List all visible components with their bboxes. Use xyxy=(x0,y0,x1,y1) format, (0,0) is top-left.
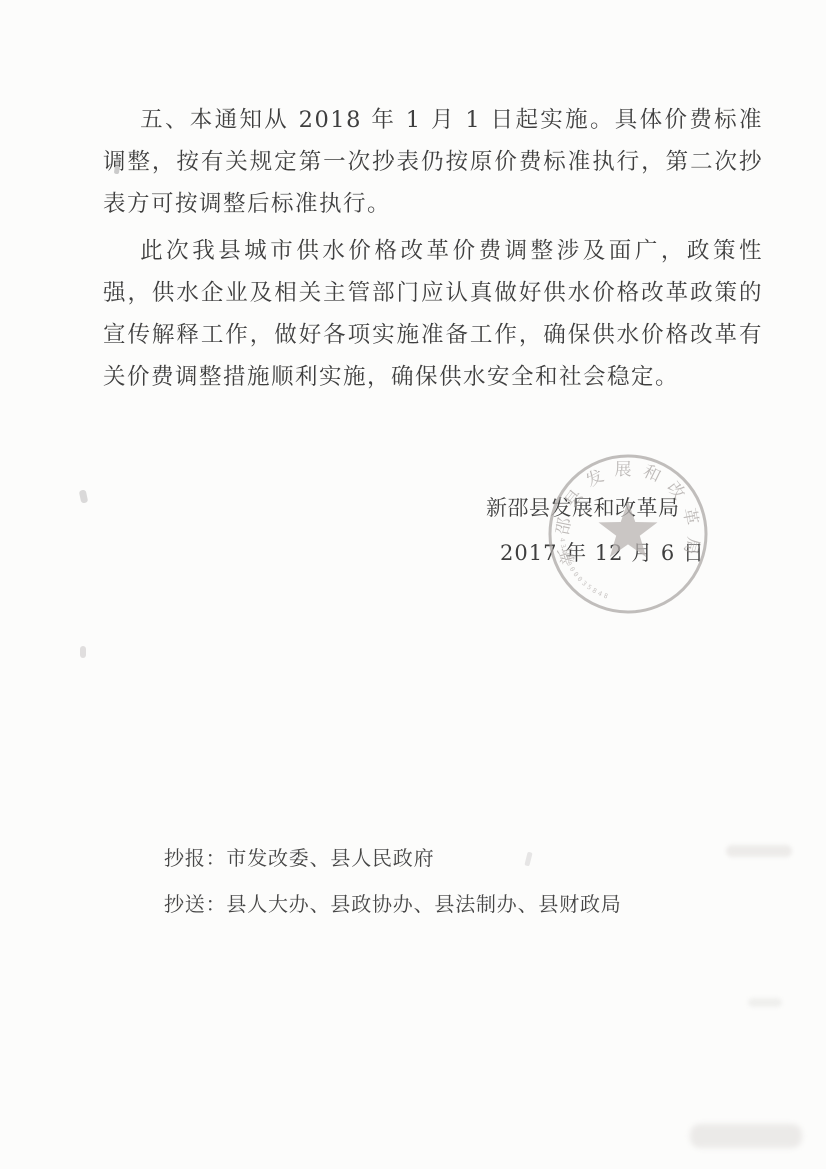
official-seal-stamp: 新邵县发展和改革局 4305000035848 xyxy=(544,450,712,618)
scan-smudge xyxy=(748,998,782,1007)
scan-smudge xyxy=(726,845,792,857)
seal-star-icon xyxy=(599,501,658,557)
seal-code-label: 4305000035848 xyxy=(558,538,611,602)
scanned-document-page: 五、本通知从 2018 年 1 月 1 日起实施。具体价费标准调整，按有关规定第… xyxy=(0,0,826,1169)
cc-report-line: 抄报：市发改委、县人民政府 xyxy=(164,835,622,881)
paragraph-closing-remarks: 此次我县城市供水价格改革价费调整涉及面广，政策性强，供水企业及相关主管部门应认真… xyxy=(103,230,763,398)
distribution-list: 抄报：市发改委、县人民政府 抄送：县人大办、县政协办、县法制办、县财政局 xyxy=(164,835,622,927)
seal-code-text: 4305000035848 xyxy=(558,538,611,602)
scan-smudge xyxy=(690,1124,802,1148)
cc-send-line: 抄送：县人大办、县政协办、县法制办、县财政局 xyxy=(164,881,622,927)
scan-speckle xyxy=(80,646,86,658)
paragraph-implementation-date: 五、本通知从 2018 年 1 月 1 日起实施。具体价费标准调整，按有关规定第… xyxy=(103,99,763,225)
document-body: 五、本通知从 2018 年 1 月 1 日起实施。具体价费标准调整，按有关规定第… xyxy=(103,99,763,398)
scan-speckle xyxy=(79,489,89,503)
